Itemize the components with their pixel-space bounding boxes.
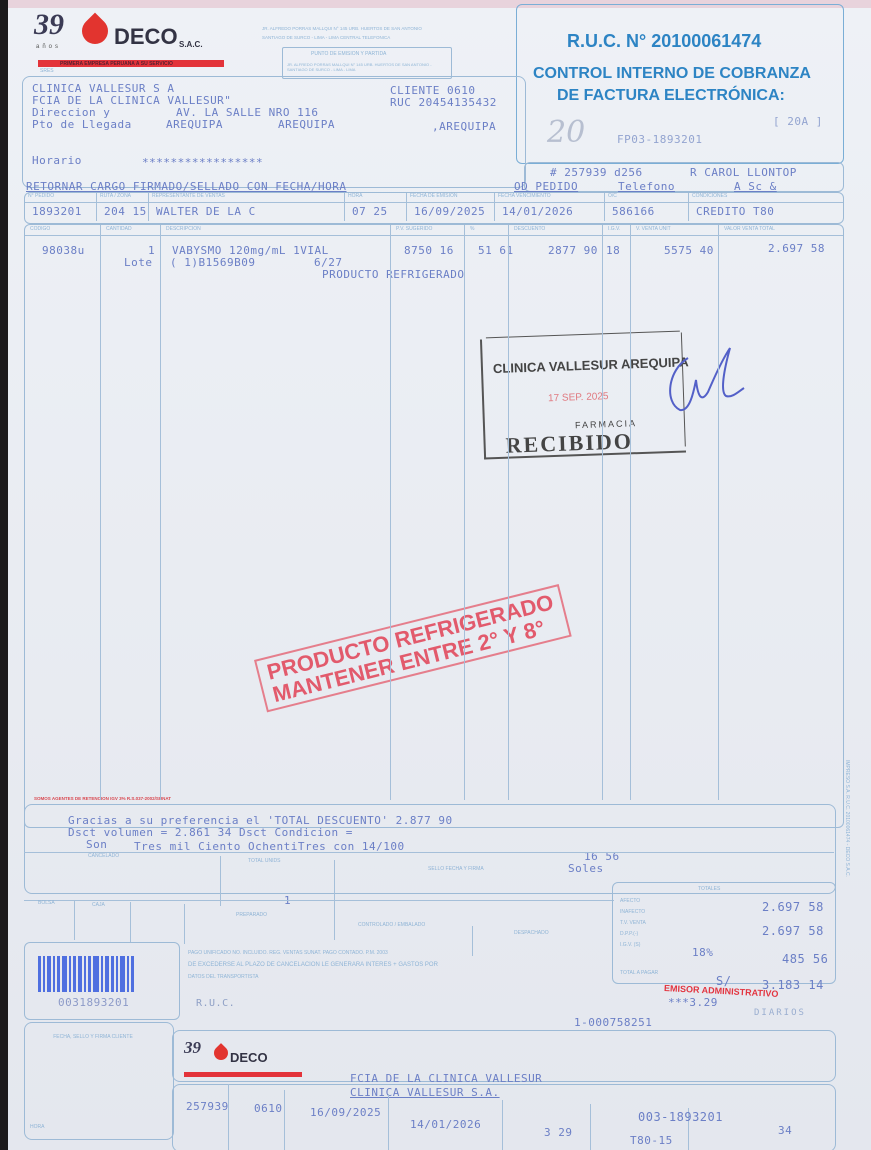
order-header-value: 1893201 <box>32 205 82 218</box>
invoice-sheet: 39 años DECO S.A.C. PRIMERA EMPRESA PERU… <box>8 0 871 1150</box>
items-column-header: V. VENTA UNIT <box>636 226 671 232</box>
ruc-box: R.U.C. N° 20100061474 CONTROL INTERNO DE… <box>516 4 844 164</box>
column-divider <box>390 225 391 800</box>
stub-logo-name: DECO <box>230 1050 268 1065</box>
barcode-bar <box>62 956 67 992</box>
barcode-bar <box>43 956 45 992</box>
item-discount: 2877 90 <box>548 244 598 257</box>
ruc-title-1: CONTROL INTERNO DE COBRANZA <box>533 65 811 83</box>
logo-tagline: PRIMERA EMPRESA PERUANA A SU SERVICIO <box>60 61 173 67</box>
order-header-value: 14/01/2026 <box>502 205 573 218</box>
interest-rate: ***3.29 <box>668 996 718 1009</box>
igv-value: 485 56 <box>782 952 828 966</box>
seal-date-sign-label: SELLO FECHA Y FIRMA <box>428 866 484 872</box>
stub-issue-date: 16/09/2025 <box>310 1106 381 1119</box>
stub-client: 0610 <box>254 1102 283 1115</box>
igv-label: I.G.V. (s) <box>620 940 646 951</box>
point-of-issue-title: PUNTO DE EMISION Y PARTIDA <box>311 51 386 57</box>
barcode-bar <box>84 956 86 992</box>
inafecto-label: INAFECTO <box>620 907 646 918</box>
item-suggested-price: 8750 16 <box>404 244 454 257</box>
barcode-bar <box>93 956 99 992</box>
totals-header: TOTALES <box>698 886 720 892</box>
logo-years-sub: años <box>36 44 61 50</box>
stub-drop-icon <box>211 1043 231 1063</box>
afecto-label: AFECTO <box>620 896 646 907</box>
logo-suffix: S.A.C. <box>179 40 203 49</box>
arrival-province: AREQUIPA <box>278 118 335 131</box>
barcode-bar <box>47 956 51 992</box>
items-column-header: CANTIDAD <box>106 226 132 232</box>
stub-total: 34 <box>778 1124 792 1137</box>
barcode-bar <box>88 956 91 992</box>
amount-words-label: Son <box>86 838 107 851</box>
column-divider <box>688 193 689 221</box>
item-lot-label: Lote <box>124 256 153 269</box>
barcode-bar <box>111 956 114 992</box>
order-header-label: CONDICIONES <box>692 193 727 199</box>
stub-details-box <box>172 1084 836 1150</box>
point-of-issue-text: JR. ALFREDO PORRAS MALLQUI N° 145 URB. H… <box>287 62 447 72</box>
barcode-bar <box>105 956 109 992</box>
barcode-bar <box>38 956 41 992</box>
sign-label: FECHA, SELLO Y FIRMA CLIENTE <box>48 1034 138 1040</box>
dispatched-label: DESPACHADO <box>514 930 549 936</box>
legal-line-1: PAGO UNIFICADO NO. INCLUIDO. REG. VENTAS… <box>188 950 388 956</box>
company-address-2: SANTIAGO DE SURCO - LIMA - LIMA CENTRAL … <box>262 35 390 40</box>
drop-icon <box>77 13 114 50</box>
logo-years: 39 <box>34 8 64 42</box>
order-header-value: WALTER DE LA C <box>156 205 256 218</box>
order-header-label: FECHA DE EMISION <box>410 193 458 199</box>
stub-due-date: 14/01/2026 <box>410 1118 481 1131</box>
invoice-number: FP03-1893201 <box>617 133 702 146</box>
barcode-bar <box>116 956 118 992</box>
customer-section-label: SRES <box>40 68 54 74</box>
items-table <box>24 224 844 828</box>
barcode-bar <box>120 956 125 992</box>
contact-name: R CAROL LLONTOP <box>690 166 797 179</box>
totals-labels: AFECTO INAFECTO T.V. VENTA D.P.P.(-) I.G… <box>620 896 646 951</box>
carrier-ruc-label: R.U.C. <box>196 998 235 1009</box>
legal-line-2: DE EXCEDERSE AL PLAZO DE CANCELACION LE … <box>188 962 438 968</box>
order-header-value: CREDITO T80 <box>696 205 774 218</box>
handwritten-mark: 20 <box>547 115 585 150</box>
time-label: HORA <box>30 1124 44 1130</box>
stub-logo: 39 DECO <box>180 1038 310 1084</box>
carrier-label: DATOS DEL TRANSPORTISTA <box>188 974 258 980</box>
order-header-label: REPRESENTANTE DE VENTAS <box>152 193 225 199</box>
afecto-value: 2.697 58 <box>762 900 824 914</box>
prepared-label: PREPARADO <box>236 912 267 918</box>
barcode-bar <box>131 956 134 992</box>
item-igv: 18 <box>606 244 620 257</box>
barcode-bar <box>57 956 60 992</box>
barcode-bar <box>127 956 129 992</box>
signature-icon <box>658 340 748 420</box>
logo-name: DECO <box>114 24 178 50</box>
series-code: [ 20A ] <box>773 115 823 128</box>
item-lot: ( 1)B1569B09 <box>170 256 255 269</box>
column-divider <box>630 225 631 800</box>
received-stamp-date: 17 SEP. 2025 <box>548 391 609 404</box>
column-divider <box>100 225 101 800</box>
column-divider <box>148 193 149 221</box>
client-ruc: RUC 20454135432 <box>390 96 497 109</box>
igv-rate: 18% <box>692 946 713 959</box>
tv-venta-value: 2.697 58 <box>762 924 824 938</box>
daily-label: DIARIOS <box>754 1008 806 1018</box>
column-divider <box>602 225 603 800</box>
volume-discount-message: Dsct volumen = 2.861 34 Dsct Condicion = <box>68 826 353 839</box>
items-column-header: P.V. SUGERIDO <box>396 226 432 232</box>
item-total-value: 2.697 58 <box>768 242 825 255</box>
bag-label: BOLSA <box>38 900 55 906</box>
column-divider <box>464 225 465 800</box>
cancelled-label: CANCELADO <box>88 853 119 859</box>
stub-logo-years: 39 <box>184 1038 201 1058</box>
company-logo: 39 años DECO S.A.C. PRIMERA EMPRESA PERU… <box>30 6 240 76</box>
column-divider <box>160 225 161 800</box>
controlled-label: CONTROLADO / EMBALADO <box>358 922 425 928</box>
barcode-bar <box>69 956 71 992</box>
column-divider <box>344 193 345 221</box>
items-column-header: VALOR VENTA TOTAL <box>724 226 775 232</box>
items-column-header: I.G.V. <box>608 226 620 232</box>
items-column-header: DESCUENTO <box>514 226 545 232</box>
stub-invoice: 003-1893201 <box>638 1110 723 1124</box>
company-address-1: JR. ALFREDO PORRAS MALLQUI N° 145 URB. H… <box>262 26 422 31</box>
received-stamp: CLINICA VALLESUR AREQUIPA 17 SEP. 2025 F… <box>480 333 686 460</box>
order-header-value: 07 25 <box>352 205 388 218</box>
ruc-number: R.U.C. N° 20100061474 <box>567 31 761 52</box>
order-header-label: O/C <box>608 193 617 199</box>
column-divider <box>604 193 605 221</box>
total-units-label: TOTAL UNIDS <box>248 858 280 864</box>
retention-note: SOMOS AGENTES DE RETENCION IGV 3% R.S.03… <box>34 796 171 801</box>
order-header-label: N° PEDIDO <box>28 193 54 199</box>
barcode-bar <box>53 956 55 992</box>
order-header-value: 204 15 <box>104 205 147 218</box>
order-header-label: RUTA / ZONA <box>100 193 131 199</box>
items-column-header: % <box>470 226 474 232</box>
barcode <box>38 956 136 992</box>
column-divider <box>406 193 407 221</box>
barcode-bar <box>73 956 76 992</box>
item-code: 98038u <box>42 244 85 257</box>
item-unit-value: 5575 40 <box>664 244 714 257</box>
stub-order: 257939 <box>186 1100 229 1113</box>
items-column-header: CODIGO <box>30 226 50 232</box>
column-divider <box>508 225 509 800</box>
carrier-number: 1-000758251 <box>574 1016 652 1029</box>
column-divider <box>96 193 97 221</box>
point-of-issue-box: PUNTO DE EMISION Y PARTIDA JR. ALFREDO P… <box>282 47 452 79</box>
barcode-number: 0031893201 <box>58 996 129 1009</box>
stub-rate: 3 29 <box>544 1126 573 1139</box>
arrival-region: ,AREQUIPA <box>432 120 496 133</box>
arrival-city: AREQUIPA <box>166 118 223 131</box>
barcode-bar <box>78 956 82 992</box>
stub-code: T80-15 <box>630 1134 673 1147</box>
ruc-title-2: DE FACTURA ELECTRÓNICA: <box>557 87 785 105</box>
order-header-value: 16/09/2025 <box>414 205 485 218</box>
dpp-label: D.P.P.(-) <box>620 929 646 940</box>
items-column-header: DESCRIPCION <box>166 226 201 232</box>
box-label: CAJA <box>92 902 105 908</box>
column-divider <box>494 193 495 221</box>
order-header-label: HORA <box>348 193 362 199</box>
column-divider <box>718 225 719 800</box>
arrival-label: Pto de Llegada <box>32 118 132 131</box>
stub-red-bar <box>184 1072 302 1077</box>
barcode-bar <box>101 956 103 992</box>
order-reference: # 257939 d256 <box>550 166 643 179</box>
received-stamp-status: RECIBIDO <box>505 428 633 458</box>
schedule-label: Horario <box>32 154 82 167</box>
total-to-pay-label: TOTAL A PAGAR <box>620 970 658 976</box>
order-header-value: 586166 <box>612 205 655 218</box>
currency-word: Soles <box>568 862 604 875</box>
schedule-value: ***************** <box>142 156 263 169</box>
side-print: IMPRESO S.A. R.U.C. 20100061474 - DECO S… <box>844 760 850 877</box>
order-header-label: FECHA VENCIMIENTO <box>498 193 551 199</box>
item-note: PRODUCTO REFRIGERADO <box>322 268 464 281</box>
tv-venta-label: T.V. VENTA <box>620 918 646 929</box>
